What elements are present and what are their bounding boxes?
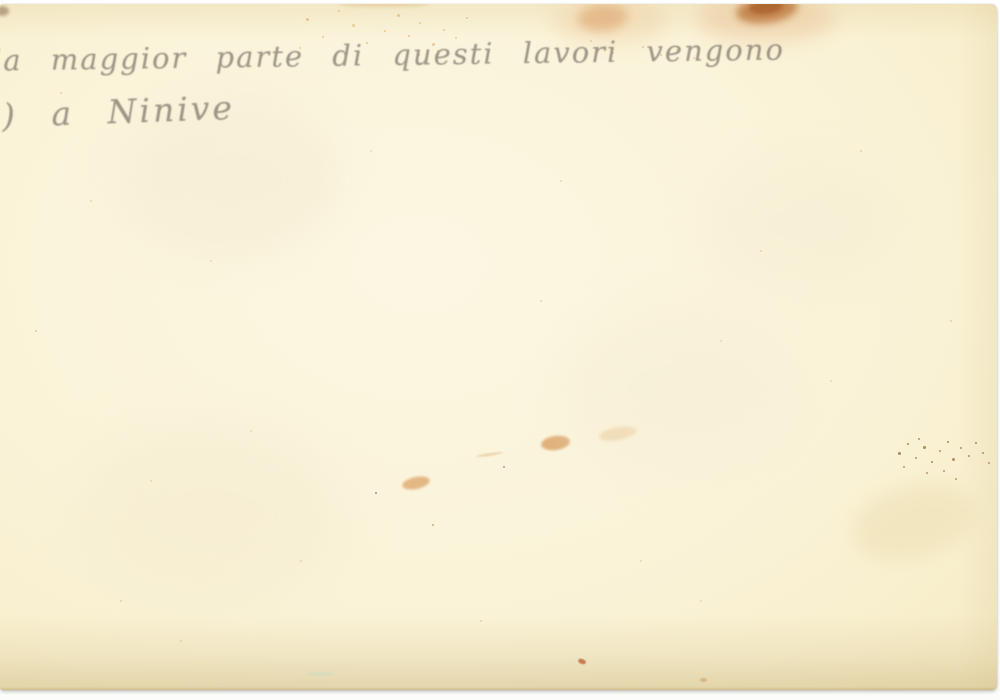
foxing-speckle <box>960 447 962 449</box>
teal-smudge-bottom <box>305 672 335 676</box>
foxing-speckle <box>375 492 377 494</box>
foxing-speckle <box>306 18 309 21</box>
foxing-speckle <box>60 92 62 94</box>
foxing-speckle <box>397 14 400 17</box>
foxing-speckle <box>419 22 421 24</box>
foxing-speckle <box>300 560 302 562</box>
foxing-speckle <box>612 52 614 54</box>
foxing-speckle <box>90 200 92 202</box>
foxing-speckle <box>907 443 909 445</box>
foxing-speckle <box>947 441 949 443</box>
foxing-speckle <box>939 450 941 452</box>
foxing-speckle <box>503 466 505 468</box>
foxing-speckle <box>590 40 592 42</box>
smudge-thin-line <box>476 451 503 458</box>
foxing-speckle <box>540 300 542 302</box>
foxing-speckle <box>443 29 445 31</box>
foxing-speckle <box>366 42 368 44</box>
foxing-speckle <box>926 472 928 474</box>
foxing-speckle <box>35 330 37 332</box>
speck-red-bottom <box>577 658 586 665</box>
foxing-speckle <box>860 150 862 152</box>
foxing-speckle <box>384 30 386 32</box>
foxing-speckle <box>982 452 984 454</box>
fingerprint-patch <box>845 472 984 572</box>
foxing-speckle <box>455 37 457 39</box>
foxing-speckle <box>931 461 933 463</box>
stain-top-edge-smudge <box>338 4 430 7</box>
stain-layer <box>0 4 997 690</box>
foxing-speckle <box>480 620 482 622</box>
speck-tan-bottom-right <box>700 678 707 682</box>
foxing-speckle <box>338 10 340 12</box>
foxing-speckle <box>180 640 182 642</box>
foxing-speckle <box>642 46 644 48</box>
foxing-speckle <box>915 457 917 459</box>
foxing-speckle <box>250 430 252 432</box>
foxing-speckle <box>988 462 990 464</box>
foxing-speckle <box>952 458 955 461</box>
foxing-speckle <box>408 35 410 37</box>
stain-dark-top-left <box>0 6 9 16</box>
foxing-speckle <box>370 150 372 152</box>
foxing-speckle <box>903 466 905 468</box>
foxing-speckle <box>693 57 695 59</box>
mottle-patch-2 <box>560 304 800 474</box>
foxing-speckle <box>830 380 832 382</box>
foxing-speckle <box>760 250 762 252</box>
photo-verso-paper: la maggior parte di questi lavori vengon… <box>0 4 997 690</box>
foxing-speckle <box>975 442 977 444</box>
foxing-speckle <box>352 24 355 27</box>
foxing-speckle <box>968 455 970 457</box>
foxing-speckle <box>432 524 434 526</box>
foxing-speckle <box>437 50 439 52</box>
foxing-speckle <box>943 470 945 472</box>
foxing-speckle <box>923 446 926 449</box>
smudge-mid-center <box>540 434 571 452</box>
foxing-speckle <box>560 180 562 182</box>
foxing-speckle <box>210 260 212 262</box>
foxing-speckle <box>918 438 920 440</box>
foxing-speckle <box>950 320 952 322</box>
foxing-speckle <box>466 17 468 19</box>
foxing-speckle <box>955 478 957 480</box>
mottle-patch-4 <box>700 154 900 294</box>
scan-background: la maggior parte di questi lavori vengon… <box>0 0 1000 700</box>
foxing-speckle <box>120 600 122 602</box>
foxing-speckle <box>898 452 901 455</box>
mottle-patch-3 <box>80 424 340 604</box>
smudge-mid-left <box>401 474 431 492</box>
foxing-speckle <box>640 560 642 562</box>
mottle-patch-1 <box>120 104 340 254</box>
foxing-speckle <box>676 49 678 51</box>
foxing-speckle <box>322 36 324 38</box>
foxing-speckle <box>418 54 420 56</box>
foxing-speckle <box>720 340 722 342</box>
foxing-speckle <box>432 43 435 46</box>
foxing-speckle <box>660 54 662 56</box>
foxing-speckle <box>299 47 301 49</box>
foxing-speckle <box>150 480 152 482</box>
foxing-speckle <box>700 600 702 602</box>
